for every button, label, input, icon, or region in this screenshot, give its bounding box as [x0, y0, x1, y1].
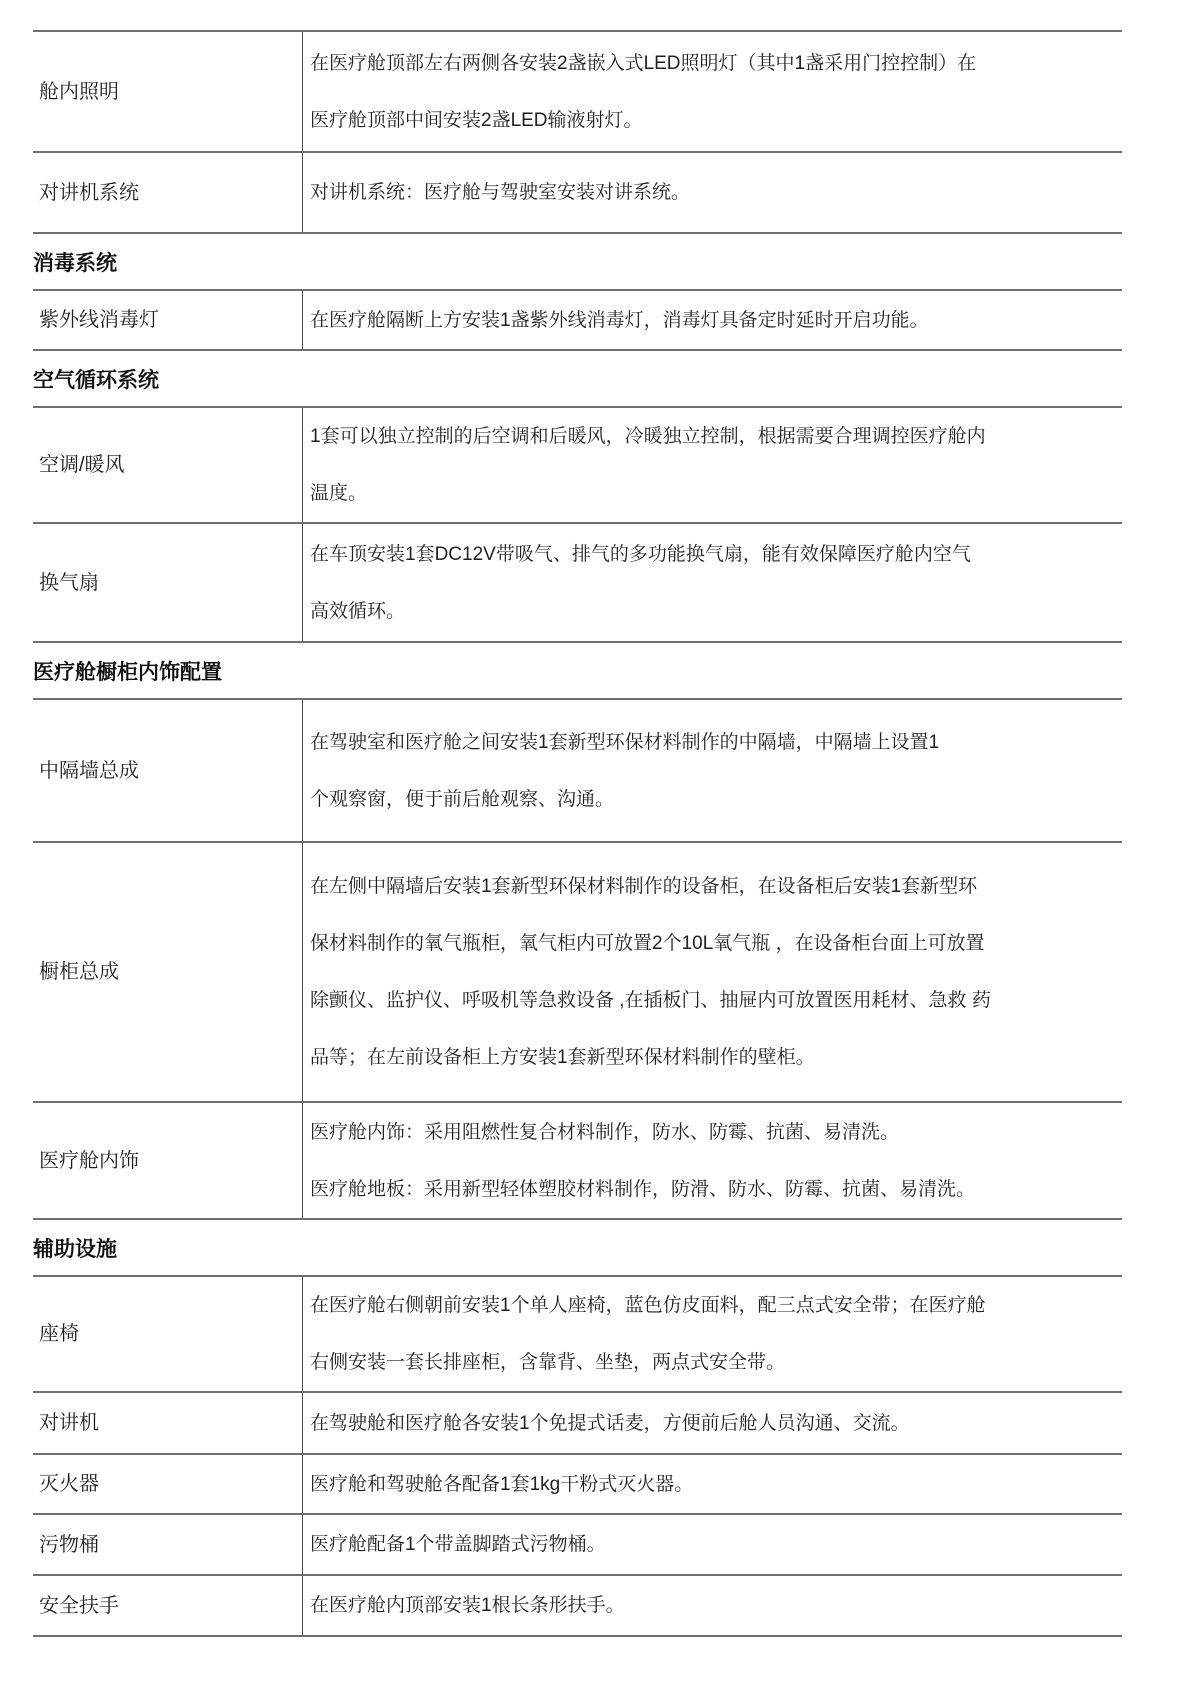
table-row-ac-heater: 空调/暖风 1套可以独立控制的后空调和后暖风，冷暖独立控制，根据需要合理调控医疗… — [33, 408, 1122, 524]
row-label-cell: 对讲机系统 — [33, 153, 303, 232]
row-value-cell: 在医疗舱右侧朝前安装1个单人座椅，蓝色仿皮面料，配三点式安全带；在医疗舱 右侧安… — [303, 1277, 1122, 1391]
cell-text-line: 医疗舱和驾驶舱各配备1套1kg干粉式灭火器。 — [310, 1456, 1116, 1513]
cell-text-line: 在左侧中隔墙后安装1套新型环保材料制作的设备柜，在设备柜后安装1套新型环 — [310, 858, 1116, 915]
cell-text-line: 在车顶安装1套DC12V带吸气、排气的多功能换气扇，能有效保障医疗舱内空气 — [310, 526, 1116, 583]
row-label: 污物桶 — [39, 1532, 99, 1558]
cell-text-line: 右侧安装一套长排座柜，含靠背、坐垫，两点式安全带。 — [310, 1334, 1116, 1391]
row-label-cell: 对讲机 — [33, 1393, 303, 1453]
cell-text-line: 在驾驶舱和医疗舱各安装1个免提式话麦，方便前后舱人员沟通、交流。 — [310, 1395, 1116, 1452]
cell-text-line: 医疗舱配备1个带盖脚踏式污物桶。 — [310, 1516, 1116, 1573]
row-label: 舱内照明 — [39, 79, 119, 105]
row-label: 安全扶手 — [39, 1593, 119, 1619]
row-label-cell: 座椅 — [33, 1277, 303, 1391]
row-label-cell: 灭火器 — [33, 1455, 303, 1513]
row-label-cell: 中隔墙总成 — [33, 700, 303, 841]
cell-text-line: 在医疗舱隔断上方安装1盏紫外线消毒灯，消毒灯具备定时延时开启功能。 — [310, 292, 1116, 349]
row-value-cell: 对讲机系统：医疗舱与驾驶室安装对讲系统。 — [303, 153, 1122, 232]
row-label: 座椅 — [39, 1321, 79, 1347]
table-section-auxiliary: 座椅 在医疗舱右侧朝前安装1个单人座椅，蓝色仿皮面料，配三点式安全带；在医疗舱 … — [33, 1275, 1122, 1637]
row-label-cell: 医疗舱内饰 — [33, 1103, 303, 1218]
row-value-cell: 医疗舱配备1个带盖脚踏式污物桶。 — [303, 1515, 1122, 1574]
cell-text-line: 医疗舱内饰：采用阻燃性复合材料制作，防水、防霉、抗菌、易清洗。 — [310, 1104, 1116, 1161]
row-label: 紫外线消毒灯 — [39, 307, 159, 333]
table-section-lighting: 舱内照明 在医疗舱顶部左右两侧各安装2盏嵌入式LED照明灯（其中1盏采用门控控制… — [33, 30, 1122, 234]
row-label-cell: 空调/暖风 — [33, 408, 303, 522]
row-value-cell: 在医疗舱内顶部安装1根长条形扶手。 — [303, 1576, 1122, 1635]
row-value-cell: 在左侧中隔墙后安装1套新型环保材料制作的设备柜，在设备柜后安装1套新型环 保材料… — [303, 843, 1122, 1101]
cell-text-line: 1套可以独立控制的后空调和后暖风，冷暖独立控制，根据需要合理调控医疗舱内 — [310, 408, 1116, 465]
table-section-cabinet-interior: 中隔墙总成 在驾驶室和医疗舱之间安装1套新型环保材料制作的中隔墙，中隔墙上设置1… — [33, 698, 1122, 1220]
document-page: 舱内照明 在医疗舱顶部左右两侧各安装2盏嵌入式LED照明灯（其中1盏采用门控控制… — [0, 0, 1190, 1696]
cell-text-line: 对讲机系统：医疗舱与驾驶室安装对讲系统。 — [310, 164, 1116, 221]
section-title-auxiliary: 辅助设施 — [33, 1238, 1122, 1261]
table-row-ventilation-fan: 换气扇 在车顶安装1套DC12V带吸气、排气的多功能换气扇，能有效保障医疗舱内空… — [33, 524, 1122, 641]
row-label: 换气扇 — [39, 570, 99, 596]
table-row-fire-extinguisher: 灭火器 医疗舱和驾驶舱各配备1套1kg干粉式灭火器。 — [33, 1455, 1122, 1515]
row-label-cell: 舱内照明 — [33, 32, 303, 151]
row-value-cell: 医疗舱内饰：采用阻燃性复合材料制作，防水、防霉、抗菌、易清洗。 医疗舱地板：采用… — [303, 1103, 1122, 1218]
cell-text-line: 在驾驶室和医疗舱之间安装1套新型环保材料制作的中隔墙，中隔墙上设置1 — [310, 714, 1116, 771]
row-label: 中隔墙总成 — [39, 758, 139, 784]
cell-text-line: 医疗舱顶部中间安装2盏LED输液射灯。 — [310, 92, 1116, 149]
cell-text-line: 个观察窗，便于前后舱观察、沟通。 — [310, 771, 1116, 828]
table-row-safety-handrail: 安全扶手 在医疗舱内顶部安装1根长条形扶手。 — [33, 1576, 1122, 1635]
section-title-air-circulation: 空气循环系统 — [33, 369, 1122, 392]
section-title-cabinet-interior: 医疗舱橱柜内饰配置 — [33, 661, 1122, 684]
cell-text-line: 温度。 — [310, 465, 1116, 522]
cell-text-line: 医疗舱地板：采用新型轻体塑胶材料制作，防滑、防水、防霉、抗菌、易清洗。 — [310, 1161, 1116, 1218]
row-label: 对讲机 — [39, 1410, 99, 1436]
row-label-cell: 紫外线消毒灯 — [33, 291, 303, 349]
table-row-seat: 座椅 在医疗舱右侧朝前安装1个单人座椅，蓝色仿皮面料，配三点式安全带；在医疗舱 … — [33, 1277, 1122, 1393]
cell-text-line: 在医疗舱右侧朝前安装1个单人座椅，蓝色仿皮面料，配三点式安全带；在医疗舱 — [310, 1277, 1116, 1334]
row-label-cell: 换气扇 — [33, 524, 303, 641]
spec-document: 舱内照明 在医疗舱顶部左右两侧各安装2盏嵌入式LED照明灯（其中1盏采用门控控制… — [33, 30, 1122, 1637]
row-label-cell: 橱柜总成 — [33, 843, 303, 1101]
table-row-waste-bin: 污物桶 医疗舱配备1个带盖脚踏式污物桶。 — [33, 1515, 1122, 1576]
table-section-air-circulation: 空调/暖风 1套可以独立控制的后空调和后暖风，冷暖独立控制，根据需要合理调控医疗… — [33, 406, 1122, 643]
cell-text-line: 保材料制作的氧气瓶柜，氧气柜内可放置2个10L氧气瓶 ，在设备柜台面上可放置 — [310, 915, 1116, 972]
row-label-cell: 安全扶手 — [33, 1576, 303, 1635]
row-value-cell: 在医疗舱隔断上方安装1盏紫外线消毒灯，消毒灯具备定时延时开启功能。 — [303, 291, 1122, 349]
row-label: 医疗舱内饰 — [39, 1148, 139, 1174]
row-value-cell: 在医疗舱顶部左右两侧各安装2盏嵌入式LED照明灯（其中1盏采用门控控制）在 医疗… — [303, 32, 1122, 151]
table-section-disinfection: 紫外线消毒灯 在医疗舱隔断上方安装1盏紫外线消毒灯，消毒灯具备定时延时开启功能。 — [33, 289, 1122, 351]
table-row-cabin-lighting: 舱内照明 在医疗舱顶部左右两侧各安装2盏嵌入式LED照明灯（其中1盏采用门控控制… — [33, 32, 1122, 153]
cell-text-line: 高效循环。 — [310, 583, 1116, 640]
table-row-cabin-trim: 医疗舱内饰 医疗舱内饰：采用阻燃性复合材料制作，防水、防霉、抗菌、易清洗。 医疗… — [33, 1103, 1122, 1218]
table-row-intercom-system: 对讲机系统 对讲机系统：医疗舱与驾驶室安装对讲系统。 — [33, 153, 1122, 232]
row-label-cell: 污物桶 — [33, 1515, 303, 1574]
row-label: 橱柜总成 — [39, 959, 119, 985]
row-label: 灭火器 — [39, 1471, 99, 1497]
row-label: 对讲机系统 — [39, 180, 139, 206]
cell-text-line: 在医疗舱内顶部安装1根长条形扶手。 — [310, 1577, 1116, 1634]
table-row-partition-wall: 中隔墙总成 在驾驶室和医疗舱之间安装1套新型环保材料制作的中隔墙，中隔墙上设置1… — [33, 700, 1122, 843]
row-value-cell: 在车顶安装1套DC12V带吸气、排气的多功能换气扇，能有效保障医疗舱内空气 高效… — [303, 524, 1122, 641]
row-label: 空调/暖风 — [39, 452, 125, 478]
row-value-cell: 医疗舱和驾驶舱各配备1套1kg干粉式灭火器。 — [303, 1455, 1122, 1513]
cell-text-line: 除颤仪、监护仪、呼吸机等急救设备 ,在插板门、抽屉内可放置医用耗材、急救 药 — [310, 972, 1116, 1029]
table-row-cabinet-assembly: 橱柜总成 在左侧中隔墙后安装1套新型环保材料制作的设备柜，在设备柜后安装1套新型… — [33, 843, 1122, 1103]
row-value-cell: 在驾驶舱和医疗舱各安装1个免提式话麦，方便前后舱人员沟通、交流。 — [303, 1393, 1122, 1453]
table-row-uv-lamp: 紫外线消毒灯 在医疗舱隔断上方安装1盏紫外线消毒灯，消毒灯具备定时延时开启功能。 — [33, 291, 1122, 349]
row-value-cell: 1套可以独立控制的后空调和后暖风，冷暖独立控制，根据需要合理调控医疗舱内 温度。 — [303, 408, 1122, 522]
row-value-cell: 在驾驶室和医疗舱之间安装1套新型环保材料制作的中隔墙，中隔墙上设置1 个观察窗，… — [303, 700, 1122, 841]
section-title-disinfection: 消毒系统 — [33, 252, 1122, 275]
cell-text-line: 品等；在左前设备柜上方安装1套新型环保材料制作的壁柜。 — [310, 1029, 1116, 1086]
table-row-intercom: 对讲机 在驾驶舱和医疗舱各安装1个免提式话麦，方便前后舱人员沟通、交流。 — [33, 1393, 1122, 1455]
cell-text-line: 在医疗舱顶部左右两侧各安装2盏嵌入式LED照明灯（其中1盏采用门控控制）在 — [310, 35, 1116, 92]
